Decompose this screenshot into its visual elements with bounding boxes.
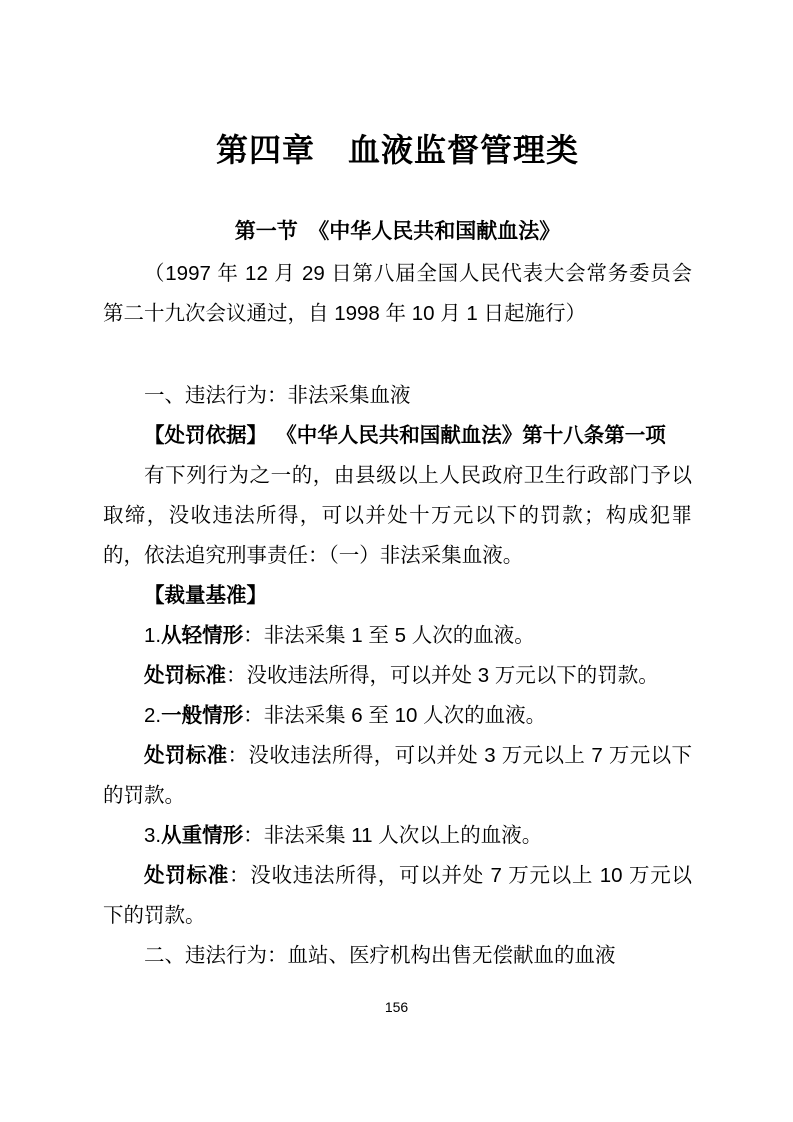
tier2-penalty-label: 处罚标准 (144, 744, 228, 767)
discretion-standard-label-text: 【裁量基准】 (144, 584, 267, 607)
chapter-title: 第四章 血液监督管理类 (103, 128, 692, 172)
penalty-basis-text: 有下列行为之一的，由县级以上人民政府卫生行政部门予以取缔，没收违法所得，可以并处… (103, 456, 692, 576)
document-page: 第四章 血液监督管理类 第一节 《中华人民共和国献血法》 （1997 年 12 … (0, 0, 793, 1122)
tier1-penalty-label: 处罚标准 (144, 664, 226, 687)
tier3-penalty-label: 处罚标准 (144, 864, 229, 887)
tier3-number: 3. (144, 824, 161, 847)
tier1-description: ：非法采集 1 至 5 人次的血液。 (243, 624, 535, 647)
tier1-penalty-description: ：没收违法所得，可以并处 3 万元以下的罚款。 (226, 664, 659, 687)
tier2-situation-line: 2.一般情形：非法采集 6 至 10 人次的血液。 (103, 696, 692, 736)
tier2-number: 2. (144, 704, 161, 727)
penalty-basis-label: 【处罚依据】 (144, 424, 267, 447)
enactment-note: （1997 年 12 月 29 日第八届全国人民代表大会常务委员会第二十九次会议… (103, 254, 692, 334)
violation2-heading: 二、违法行为：血站、医疗机构出售无偿献血的血液 (103, 936, 692, 976)
tier2-penalty-line: 处罚标准：没收违法所得，可以并处 3 万元以上 7 万元以下的罚款。 (103, 736, 692, 816)
penalty-basis-line: 【处罚依据】《中华人民共和国献血法》第十八条第一项 (103, 416, 692, 456)
tier3-penalty-line: 处罚标准：没收违法所得，可以并处 7 万元以上 10 万元以下的罚款。 (103, 856, 692, 936)
tier1-situation-line: 1.从轻情形：非法采集 1 至 5 人次的血液。 (103, 616, 692, 656)
tier1-number: 1. (144, 624, 161, 647)
document-content: 第四章 血液监督管理类 第一节 《中华人民共和国献血法》 （1997 年 12 … (0, 128, 793, 976)
page-number: 156 (0, 998, 793, 1016)
tier3-situation-line: 3.从重情形：非法采集 11 人次以上的血液。 (103, 816, 692, 856)
tier3-label: 从重情形 (161, 824, 243, 847)
tier1-penalty-line: 处罚标准：没收违法所得，可以并处 3 万元以下的罚款。 (103, 656, 692, 696)
tier1-label: 从轻情形 (161, 624, 243, 647)
tier2-label: 一般情形 (161, 704, 243, 727)
section-title: 第一节 《中华人民共和国献血法》 (103, 212, 692, 252)
discretion-standard-label: 【裁量基准】 (103, 576, 692, 616)
violation1-heading: 一、违法行为：非法采集血液 (103, 376, 692, 416)
tier3-description: ：非法采集 11 人次以上的血液。 (243, 824, 542, 847)
penalty-basis-reference: 《中华人民共和国献血法》第十八条第一项 (286, 424, 665, 447)
tier2-description: ：非法采集 6 至 10 人次的血液。 (243, 704, 546, 727)
